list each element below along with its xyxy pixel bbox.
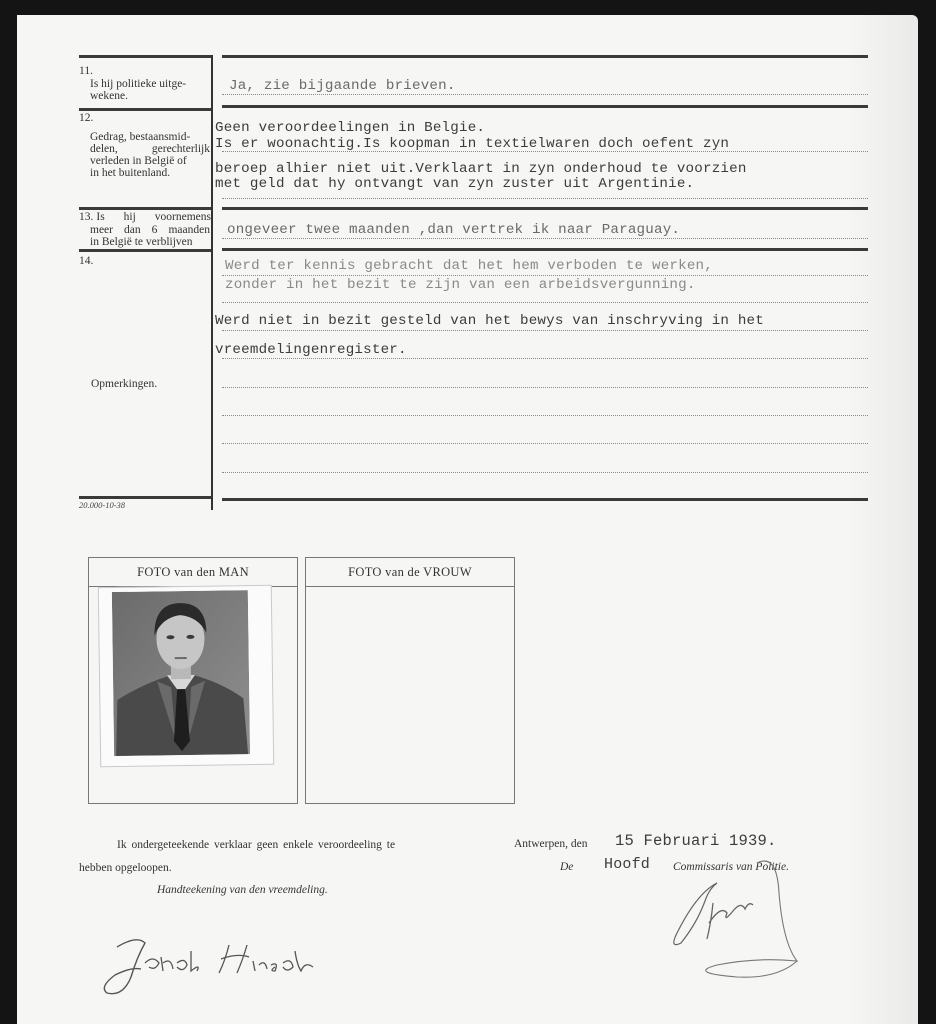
row-14-number: 14.	[79, 255, 93, 267]
column-divider	[211, 55, 213, 510]
row-12-answer-1: Geen veroordeelingen in Belgie.	[215, 120, 485, 136]
top-rule-left	[79, 55, 211, 58]
dotted-line	[222, 330, 868, 331]
row-13-bottom-right	[222, 248, 868, 251]
row-12-number: 12.	[79, 112, 93, 124]
row-11-number: 11.	[79, 65, 93, 77]
handwritten-signature-icon	[97, 927, 377, 997]
dotted-line	[222, 94, 868, 95]
declaration-line-2: hebben opgeloopen.	[79, 862, 172, 874]
print-code: 20.000-10-38	[79, 500, 125, 510]
row-11-label-2: wekene.	[90, 91, 210, 102]
row-12-label-4: in het buitenland.	[90, 168, 170, 179]
row-13-label-3: in België te verblijven	[90, 237, 193, 248]
dotted-line	[222, 472, 868, 473]
row-11-bottom-left	[79, 108, 211, 111]
row-13-answer: ongeveer twee maanden ,dan vertrek ik na…	[227, 222, 680, 238]
row-12-bottom-right	[222, 207, 868, 210]
row-12-label-3: verleden in België of	[90, 156, 187, 167]
official-signature-icon	[657, 853, 807, 983]
declaration-line-1: Ik ondergeteekende verklaar geen enkele …	[117, 839, 395, 851]
dotted-line	[222, 415, 868, 416]
row-13-label-first: Is hij voornemens	[96, 212, 211, 223]
row-12-answer-3: beroep alhier niet uit.Verklaart in zyn …	[215, 161, 747, 177]
row-14-answer-2: zonder in het bezit te zijn van een arbe…	[225, 277, 696, 293]
document-page: 11. Is hij politieke uitge- wekene. Ja, …	[17, 15, 918, 1024]
portrait-photo-icon	[112, 590, 250, 756]
row-12-answer-4: met geld dat hy ontvangt van zyn zuster …	[215, 176, 694, 192]
dotted-line	[222, 302, 868, 303]
dotted-line	[222, 151, 868, 152]
bottom-rule-right	[222, 498, 868, 501]
bottom-rule-left	[79, 496, 211, 499]
row-12-bottom-left	[79, 207, 211, 210]
row-12-answer-2: Is er woonachtig.Is koopman in textielwa…	[215, 136, 729, 152]
title-prefix: De	[560, 861, 573, 873]
signature-caption: Handteekening van den vreemdeling.	[157, 884, 328, 896]
row-11-label-1: Is hij politieke uitge-	[90, 79, 210, 90]
dotted-line	[222, 198, 868, 199]
row-11-bottom-right	[222, 105, 868, 108]
row-13-number: 13.	[79, 212, 93, 223]
row-12-label-1: Gedrag, bestaansmid-	[90, 132, 190, 143]
top-rule-right	[222, 55, 868, 58]
woman-photo-box: FOTO van de VROUW	[305, 557, 515, 804]
man-photo-header: FOTO van den MAN	[89, 558, 297, 587]
issue-date: 15 Februari 1939.	[615, 832, 777, 850]
row-14-answer-4: vreemdelingenregister.	[215, 342, 407, 358]
dotted-line	[222, 238, 868, 239]
official-signature	[657, 853, 807, 983]
row-13-label-1: 13. Is hij voornemens	[79, 212, 211, 223]
row-14-answer-3: Werd niet in bezit gesteld van het bewys…	[215, 313, 764, 329]
dotted-line	[222, 443, 868, 444]
row-13-bottom-left	[79, 249, 211, 252]
row-14-label: Opmerkingen.	[91, 379, 157, 390]
row-12-label-2: delen, gerechterlijk	[90, 144, 210, 155]
row-11-answer: Ja, zie bijgaande brieven.	[229, 78, 456, 94]
alien-signature	[97, 927, 377, 997]
woman-photo-header: FOTO van de VROUW	[306, 558, 514, 587]
place-prefix: Antwerpen, den	[514, 838, 587, 850]
dotted-line	[222, 358, 868, 359]
row-14-answer-1: Werd ter kennis gebracht dat het hem ver…	[225, 258, 713, 274]
row-13-label-2: meer dan 6 maanden	[90, 225, 210, 236]
dotted-line	[222, 387, 868, 388]
dotted-line	[222, 275, 868, 276]
title-typed: Hoofd	[604, 856, 650, 873]
man-photo-card	[98, 585, 274, 767]
